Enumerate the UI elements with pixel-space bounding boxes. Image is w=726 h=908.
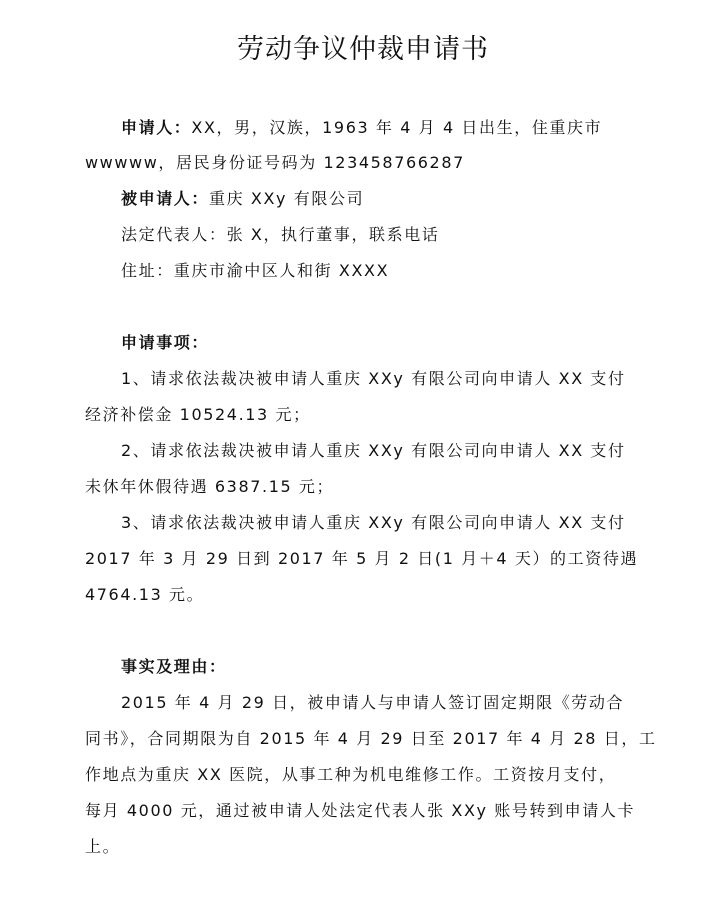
respondent-line: 被申请人：重庆 XXy 有限公司 [121,188,364,210]
claim-2-line-2: 未休年休假待遇 6387.15 元； [85,476,334,498]
applicant-line-1: 申请人：XX，男，汉族，1963 年 4 月 4 日出生，住重庆市 [121,117,602,139]
applicant-info: XX，男，汉族，1963 年 4 月 4 日出生，住重庆市 [191,118,602,137]
facts-line-1: 2015 年 4 月 29 日，被申请人与申请人签订固定期限《劳动合 [121,692,624,714]
respondent-name: 重庆 XXy 有限公司 [209,189,364,208]
legal-representative: 法定代表人：张 X，执行董事，联系电话 [121,224,439,246]
facts-line-2: 同书》，合同期限为自 2015 年 4 月 29 日至 2017 年 4 月 2… [85,728,657,750]
respondent-address: 住址：重庆市渝中区人和街 XXXX [121,260,389,282]
claim-3-line-1: 3、请求依法裁决被申请人重庆 XXy 有限公司向申请人 XX 支付 [121,512,626,534]
applicant-line-2: wwwww，居民身份证号码为 123458766287 [85,152,465,174]
document-title: 劳动争议仲裁申请书 [0,30,726,70]
facts-line-5: 上。 [85,836,120,858]
claim-3-line-2: 2017 年 3 月 29 日到 2017 年 5 月 2 日(1 月＋4 天）… [85,548,638,570]
facts-line-4: 每月 4000 元，通过被申请人处法定代表人张 XXy 账号转到申请人卡 [85,800,635,822]
facts-heading: 事实及理由： [121,656,227,678]
respondent-label: 被申请人： [121,189,209,208]
applicant-label: 申请人： [121,118,191,137]
claim-1-line-1: 1、请求依法裁决被申请人重庆 XXy 有限公司向申请人 XX 支付 [121,368,626,390]
claim-3-line-3: 4764.13 元。 [85,584,204,606]
facts-line-3: 作地点为重庆 XX 医院，从事工种为机电维修工作。工资按月支付， [85,764,616,786]
claim-1-line-2: 经济补偿金 10524.13 元； [85,404,311,426]
claim-2-line-1: 2、请求依法裁决被申请人重庆 XXy 有限公司向申请人 XX 支付 [121,440,626,462]
claims-heading: 申请事项： [121,332,209,354]
